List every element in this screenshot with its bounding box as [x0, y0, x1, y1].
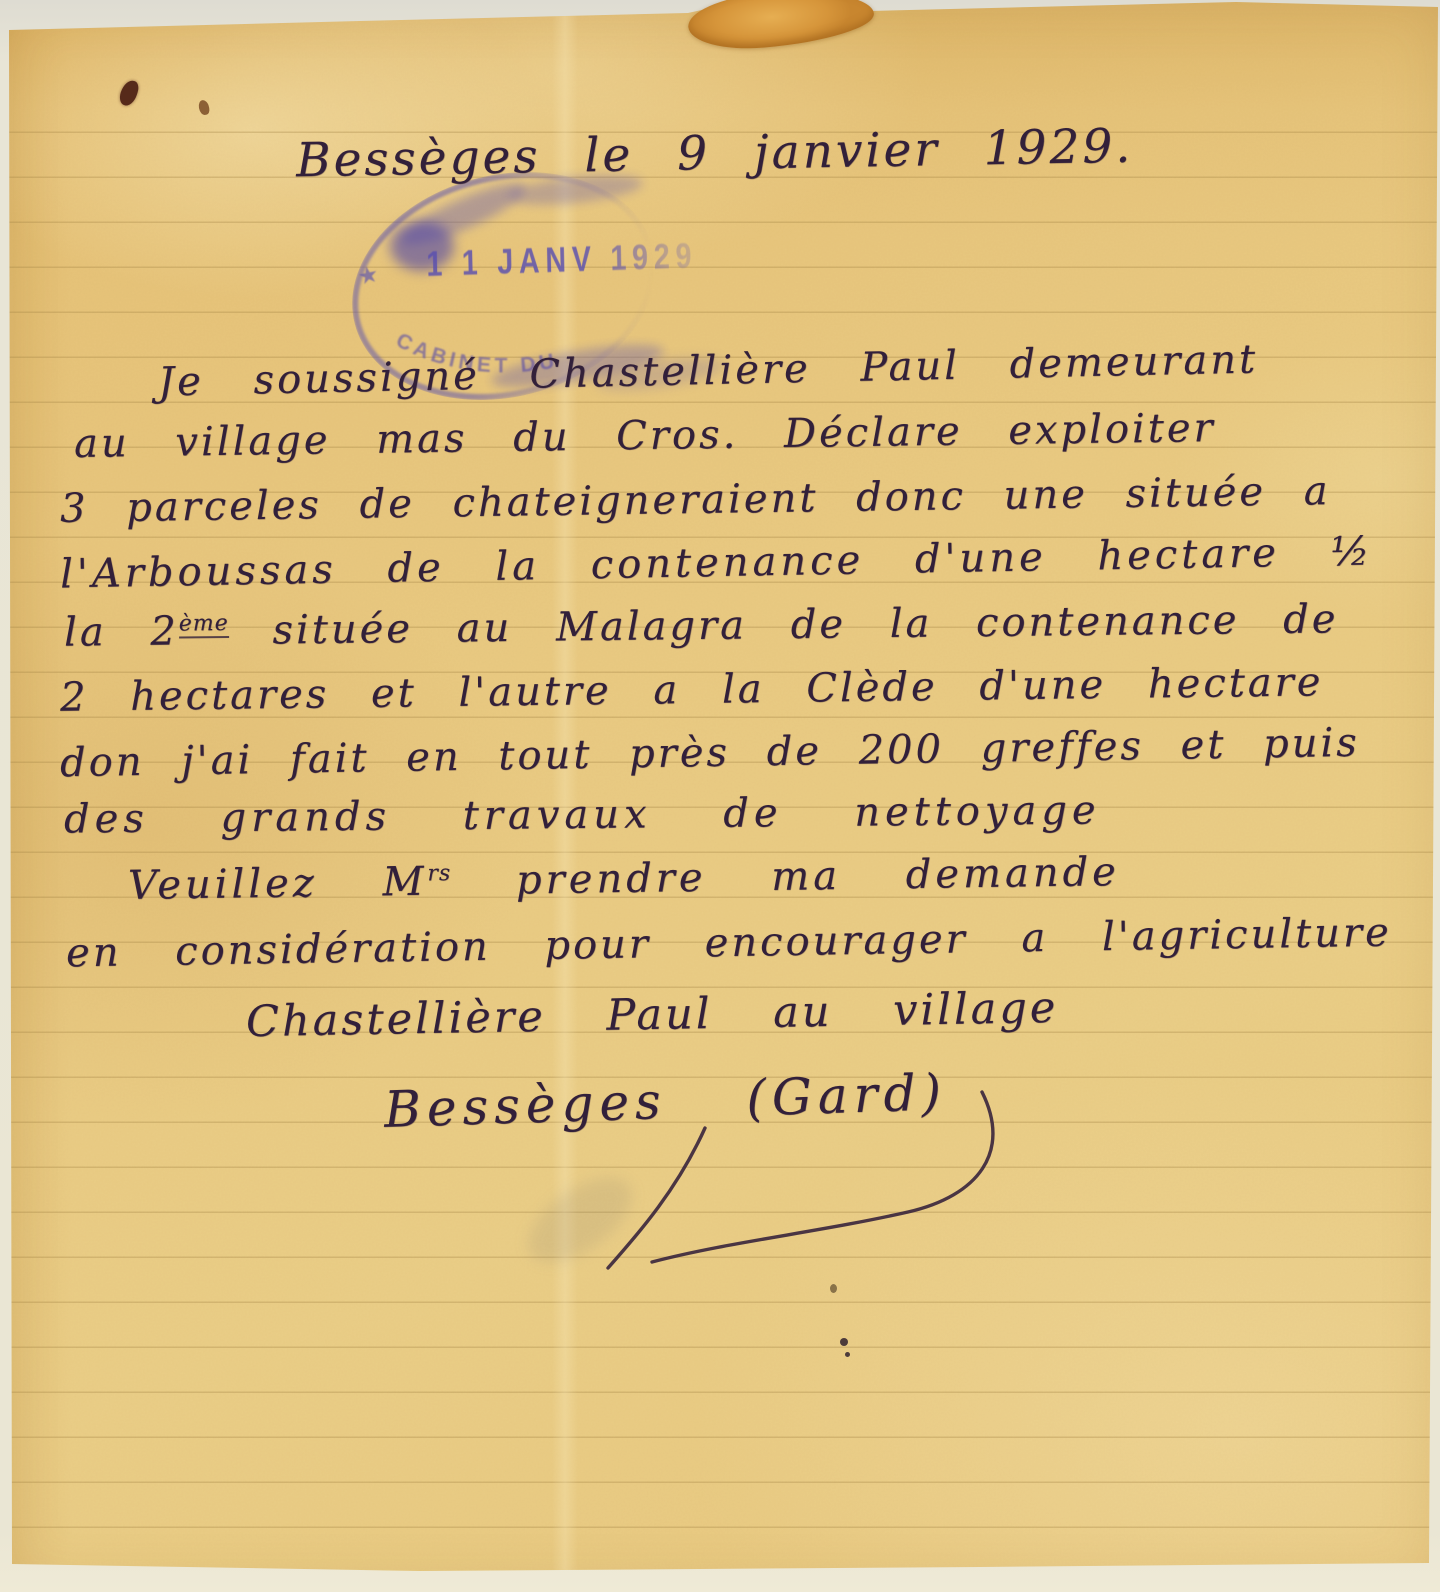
handwriting-line: des grands travaux de nettoyage: [64, 787, 1101, 842]
ink-dot: [845, 1352, 850, 1357]
ink-stain: [830, 1284, 837, 1293]
letter-paper: ★ CABINET DU 1 1 JANV 1929 Bessèges le 9…: [0, 0, 1440, 1592]
line-text: Veuillez M: [128, 859, 428, 909]
line-text: prendre ma demande: [451, 849, 1120, 904]
line-sup: rs: [427, 861, 451, 886]
stamp-date: 1 1 JANV 1929: [426, 236, 698, 285]
line-text: la 2: [64, 608, 179, 655]
line-sup: ème: [179, 611, 229, 639]
ink-dot: [840, 1338, 848, 1346]
line-text: des grands travaux de nettoyage: [64, 787, 1101, 842]
photo-background: ★ CABINET DU 1 1 JANV 1929 Bessèges le 9…: [0, 0, 1440, 1592]
